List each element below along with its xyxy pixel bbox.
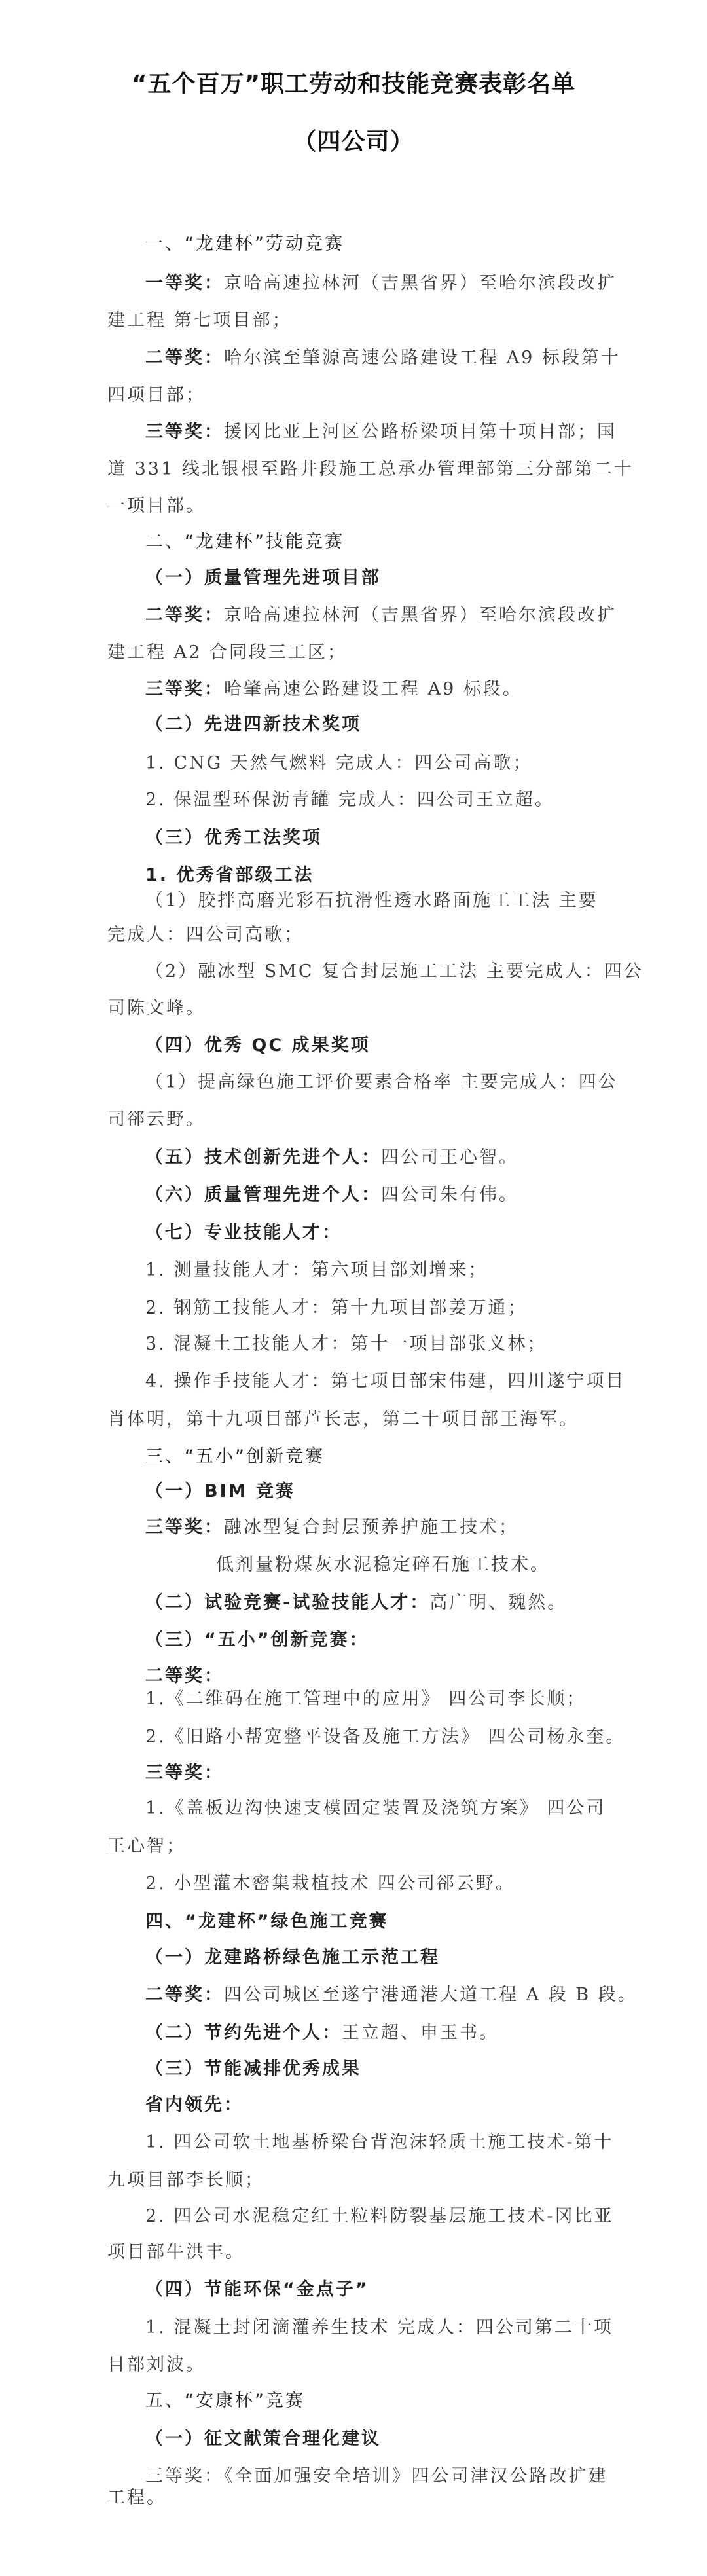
line-text: 项目部牛洪丰。 bbox=[107, 2242, 245, 2262]
award-line: 2. 钢筋工技能人才：第十九项目部姜万通； bbox=[145, 1298, 527, 1319]
line-text: （四）优秀 QC 成果奖项 bbox=[145, 1035, 371, 1056]
award-line: 低剂量粉煤灰水泥稳定碎石施工技术。 bbox=[216, 1555, 550, 1575]
award-line: 一等奖：京哈高速拉林河（吉黑省界）至哈尔滨段改扩 bbox=[145, 273, 617, 294]
subsection-heading: （三）节能减排优秀成果 bbox=[145, 2059, 361, 2080]
line-text: 1. 四公司软土地基桥梁台背泡沫轻质土施工技术-第十 bbox=[145, 2132, 613, 2152]
award-line: 2. 保温型环保沥青罐 完成人：四公司王立超。 bbox=[145, 790, 554, 811]
award-line: 1.《二维码在施工管理中的应用》 四公司李长顺； bbox=[145, 1689, 586, 1710]
line-text: 1. 测量技能人才：第六项目部刘增来； bbox=[145, 1260, 488, 1280]
line-text: 肖体明，第十九项目部芦长志，第二十项目部王海军。 bbox=[107, 1409, 579, 1429]
line-text: （三）节能减排优秀成果 bbox=[145, 2059, 361, 2079]
award-line: 2.《旧路小帮宽整平设备及施工方法》 四公司杨永奎。 bbox=[145, 1727, 625, 1748]
line-text: （一）龙建路桥绿色施工示范工程 bbox=[145, 1947, 440, 1968]
award-line: 三等奖：《全面加强安全培训》四公司津汉公路改扩建 bbox=[145, 2466, 608, 2487]
line-text: 省内领先： bbox=[145, 2095, 244, 2115]
line-text: 2. 四公司水泥稳定红土粒料防裂基层施工技术-冈比亚 bbox=[145, 2206, 613, 2226]
subsection-heading: （一）龙建路桥绿色施工示范工程 bbox=[145, 1947, 440, 1968]
line-text: （三）优秀工法奖项 bbox=[145, 828, 322, 848]
award-line: 建工程 第七项目部； bbox=[107, 310, 292, 331]
award-label: 三等奖： bbox=[145, 1763, 224, 1783]
award-line: （二）节约先进个人：王立超、申玉书。 bbox=[145, 2023, 499, 2044]
line-text: 2. 保温型环保沥青罐 完成人：四公司王立超。 bbox=[145, 790, 554, 810]
line-text: 四公司朱有伟。 bbox=[381, 1185, 518, 1205]
line-text: 2.《旧路小帮宽整平设备及施工方法》 四公司杨永奎。 bbox=[145, 1727, 625, 1747]
document-page: “五个百万”职工劳动和技能竞赛表彰名单 （四公司） 一、“龙建杯”劳动竞赛一等奖… bbox=[0, 0, 707, 2576]
line-text: 低剂量粉煤灰水泥稳定碎石施工技术。 bbox=[216, 1555, 550, 1575]
award-line: 王心智； bbox=[107, 1836, 186, 1857]
subsection-heading: 四、“龙建杯”绿色施工竞赛 bbox=[145, 1911, 389, 1932]
award-label: 三等奖： bbox=[145, 1517, 224, 1537]
line-text: （2）融冰型 SMC 复合封层施工工法 主要完成人：四公 bbox=[145, 961, 644, 982]
line-text: 三等奖：《全面加强安全培训》四公司津汉公路改扩建 bbox=[145, 2466, 608, 2486]
line-text: 1. 优秀省部级工法 bbox=[145, 865, 314, 885]
award-line: （六）质量管理先进个人：四公司朱有伟。 bbox=[145, 1185, 518, 1205]
line-text: 哈尔滨至肇源高速公路建设工程 A9 标段第十 bbox=[224, 348, 621, 368]
award-line: 项目部牛洪丰。 bbox=[107, 2242, 245, 2263]
award-line: 四项目部； bbox=[107, 385, 206, 406]
award-label: 二等奖： bbox=[145, 1666, 224, 1686]
subsection-heading: （二）先进四新技术奖项 bbox=[145, 714, 361, 735]
award-label: 三等奖： bbox=[145, 679, 224, 699]
line-text: 4. 操作手技能人才：第七项目部宋伟建，四川遂宁项目 bbox=[145, 1371, 625, 1391]
line-text: 完成人：四公司高歌； bbox=[107, 925, 304, 945]
award-line: 建工程 A2 合同段三工区； bbox=[107, 642, 347, 663]
award-line: 工程。 bbox=[107, 2488, 166, 2509]
line-text: 九项目部李长顺； bbox=[107, 2170, 264, 2190]
line-text: 五、“安康杯”竞赛 bbox=[145, 2391, 305, 2411]
line-text: 一项目部。 bbox=[107, 496, 206, 516]
award-line: （1）胶拌高磨光彩石抗滑性透水路面施工工法 主要 bbox=[145, 891, 598, 911]
line-text: 工程。 bbox=[107, 2488, 166, 2508]
award-line: 司郤云野。 bbox=[107, 1109, 206, 1130]
subsection-heading: （一）BIM 竞赛 bbox=[145, 1481, 295, 1502]
line-text: （三）“五小”创新竞赛： bbox=[145, 1630, 369, 1650]
line-text: 四公司城区至遂宁港通港大道工程 A 段 B 段。 bbox=[224, 1985, 638, 2005]
award-line: 1. 测量技能人才：第六项目部刘增来； bbox=[145, 1260, 488, 1281]
subsection-heading: （一）征文献策合理化建议 bbox=[145, 2429, 381, 2450]
subsection-heading: 省内领先： bbox=[145, 2095, 244, 2116]
line-text: 1. CNG 天然气燃料 完成人：四公司高歌； bbox=[145, 753, 532, 773]
award-label: 三等奖： bbox=[145, 422, 224, 442]
award-line: 2. 四公司水泥稳定红土粒料防裂基层施工技术-冈比亚 bbox=[145, 2206, 613, 2227]
award-line: 二等奖：四公司城区至遂宁港通港大道工程 A 段 B 段。 bbox=[145, 1985, 638, 2006]
subsection-heading: 1. 优秀省部级工法 bbox=[145, 865, 314, 886]
line-text: 道 331 线北银根至路井段施工总承办管理部第三分部第二十 bbox=[107, 459, 634, 479]
award-label: 二等奖： bbox=[145, 348, 224, 368]
award-line: 1. 混凝土封闭滴灌养生技术 完成人：四公司第二十项 bbox=[145, 2317, 613, 2338]
line-text: （1）胶拌高磨光彩石抗滑性透水路面施工工法 主要 bbox=[145, 891, 598, 911]
award-line: 肖体明，第十九项目部芦长志，第二十项目部王海军。 bbox=[107, 1409, 579, 1430]
line-text: 援冈比亚上河区公路桥梁项目第十项目部；国 bbox=[224, 422, 617, 442]
award-line: 3. 混凝土工技能人才：第十一项目部张义林； bbox=[145, 1334, 547, 1355]
line-text: 哈肇高速公路建设工程 A9 标段。 bbox=[224, 679, 522, 699]
line-text: 1.《盖板边沟快速支模固定装置及浇筑方案》 四公司 bbox=[145, 1798, 606, 1818]
subsection-heading: （七）专业技能人才： bbox=[145, 1223, 342, 1243]
line-text: 建工程 第七项目部； bbox=[107, 310, 292, 331]
award-line: 完成人：四公司高歌； bbox=[107, 925, 304, 946]
award-label: （二）节约先进个人： bbox=[145, 2023, 342, 2043]
award-label: （六）质量管理先进个人： bbox=[145, 1185, 381, 1205]
line-text: 1. 混凝土封闭滴灌养生技术 完成人：四公司第二十项 bbox=[145, 2317, 613, 2338]
award-line: 司陈文峰。 bbox=[107, 998, 206, 1019]
subsection-heading: （三）优秀工法奖项 bbox=[145, 828, 322, 849]
section-heading: 三、“五小”创新竞赛 bbox=[145, 1446, 325, 1467]
award-line: 二等奖：哈尔滨至肇源高速公路建设工程 A9 标段第十 bbox=[145, 348, 621, 369]
award-line: 道 331 线北银根至路井段施工总承办管理部第三分部第二十 bbox=[107, 459, 634, 480]
line-text: （1）提高绿色施工评价要素合格率 主要完成人：四公 bbox=[145, 1072, 618, 1092]
line-text: （二）先进四新技术奖项 bbox=[145, 714, 361, 735]
award-line: 三等奖：哈肇高速公路建设工程 A9 标段。 bbox=[145, 679, 522, 700]
award-line: 三等奖：援冈比亚上河区公路桥梁项目第十项目部；国 bbox=[145, 422, 617, 443]
award-line: 1. CNG 天然气燃料 完成人：四公司高歌； bbox=[145, 753, 532, 774]
award-line: 二等奖：京哈高速拉林河（吉黑省界）至哈尔滨段改扩 bbox=[145, 605, 617, 626]
section-heading: 二、“龙建杯”技能竞赛 bbox=[145, 532, 344, 553]
subsection-heading: （一）质量管理先进项目部 bbox=[145, 568, 381, 589]
line-text: 京哈高速拉林河（吉黑省界）至哈尔滨段改扩 bbox=[224, 273, 617, 293]
line-text: 四项目部； bbox=[107, 385, 206, 405]
line-text: 三、“五小”创新竞赛 bbox=[145, 1446, 325, 1467]
line-text: （一）征文献策合理化建议 bbox=[145, 2429, 381, 2449]
section-heading: 五、“安康杯”竞赛 bbox=[145, 2391, 305, 2412]
line-text: 司郤云野。 bbox=[107, 1109, 206, 1130]
line-text: 融冰型复合封层预养护施工技术； bbox=[224, 1517, 518, 1537]
line-text: 建工程 A2 合同段三工区； bbox=[107, 642, 347, 663]
line-text: （一）BIM 竞赛 bbox=[145, 1481, 295, 1501]
line-text: （四）节能环保“金点子” bbox=[145, 2279, 369, 2300]
line-text: 高广明、魏然。 bbox=[429, 1592, 567, 1613]
award-line: （2）融冰型 SMC 复合封层施工工法 主要完成人：四公 bbox=[145, 961, 644, 982]
line-text: 2. 小型灌木密集栽植技术 四公司郤云野。 bbox=[145, 1873, 515, 1894]
line-text: 王心智； bbox=[107, 1836, 186, 1856]
document-subtitle: （四公司） bbox=[0, 129, 707, 155]
award-line: 4. 操作手技能人才：第七项目部宋伟建，四川遂宁项目 bbox=[145, 1371, 625, 1392]
section-heading: 一、“龙建杯”劳动竞赛 bbox=[145, 234, 344, 255]
line-text: 京哈高速拉林河（吉黑省界）至哈尔滨段改扩 bbox=[224, 605, 617, 625]
line-text: （七）专业技能人才： bbox=[145, 1223, 342, 1243]
line-text: 一、“龙建杯”劳动竞赛 bbox=[145, 234, 344, 254]
line-text: （一）质量管理先进项目部 bbox=[145, 568, 381, 588]
line-text: 3. 混凝土工技能人才：第十一项目部张义林； bbox=[145, 1334, 547, 1354]
line-text: 四公司王心智。 bbox=[381, 1147, 518, 1168]
document-title: “五个百万”职工劳动和技能竞赛表彰名单 bbox=[0, 71, 707, 98]
line-text: 王立超、申玉书。 bbox=[342, 2023, 499, 2043]
line-text: 1.《二维码在施工管理中的应用》 四公司李长顺； bbox=[145, 1689, 586, 1709]
award-line: 1. 四公司软土地基桥梁台背泡沫轻质土施工技术-第十 bbox=[145, 2132, 613, 2153]
award-line: 二等奖： bbox=[145, 1666, 224, 1687]
award-line: 三等奖：融冰型复合封层预养护施工技术； bbox=[145, 1517, 518, 1538]
line-text: 二、“龙建杯”技能竞赛 bbox=[145, 532, 344, 552]
line-text: 四、“龙建杯”绿色施工竞赛 bbox=[145, 1911, 389, 1932]
award-line: 2. 小型灌木密集栽植技术 四公司郤云野。 bbox=[145, 1873, 515, 1894]
award-line: 一项目部。 bbox=[107, 496, 206, 517]
subsection-heading: （四）节能环保“金点子” bbox=[145, 2279, 369, 2300]
award-line: 九项目部李长顺； bbox=[107, 2170, 264, 2191]
award-line: （五）技术创新先进个人：四公司王心智。 bbox=[145, 1147, 518, 1168]
award-label: 一等奖： bbox=[145, 273, 224, 293]
award-line: 三等奖： bbox=[145, 1763, 224, 1784]
award-label: （五）技术创新先进个人： bbox=[145, 1147, 381, 1168]
subsection-heading: （三）“五小”创新竞赛： bbox=[145, 1630, 369, 1651]
award-line: 1.《盖板边沟快速支模固定装置及浇筑方案》 四公司 bbox=[145, 1798, 606, 1819]
subsection-heading: （四）优秀 QC 成果奖项 bbox=[145, 1035, 371, 1056]
award-line: （1）提高绿色施工评价要素合格率 主要完成人：四公 bbox=[145, 1072, 618, 1093]
award-line: （二）试验竞赛-试验技能人才：高广明、魏然。 bbox=[145, 1592, 567, 1613]
line-text: 目部刘波。 bbox=[107, 2355, 206, 2375]
award-line: 目部刘波。 bbox=[107, 2355, 206, 2376]
line-text: 司陈文峰。 bbox=[107, 998, 206, 1018]
award-label: 二等奖： bbox=[145, 1985, 224, 2005]
line-text: 2. 钢筋工技能人才：第十九项目部姜万通； bbox=[145, 1298, 527, 1318]
award-label: 二等奖： bbox=[145, 605, 224, 625]
award-label: （二）试验竞赛-试验技能人才： bbox=[145, 1592, 429, 1613]
